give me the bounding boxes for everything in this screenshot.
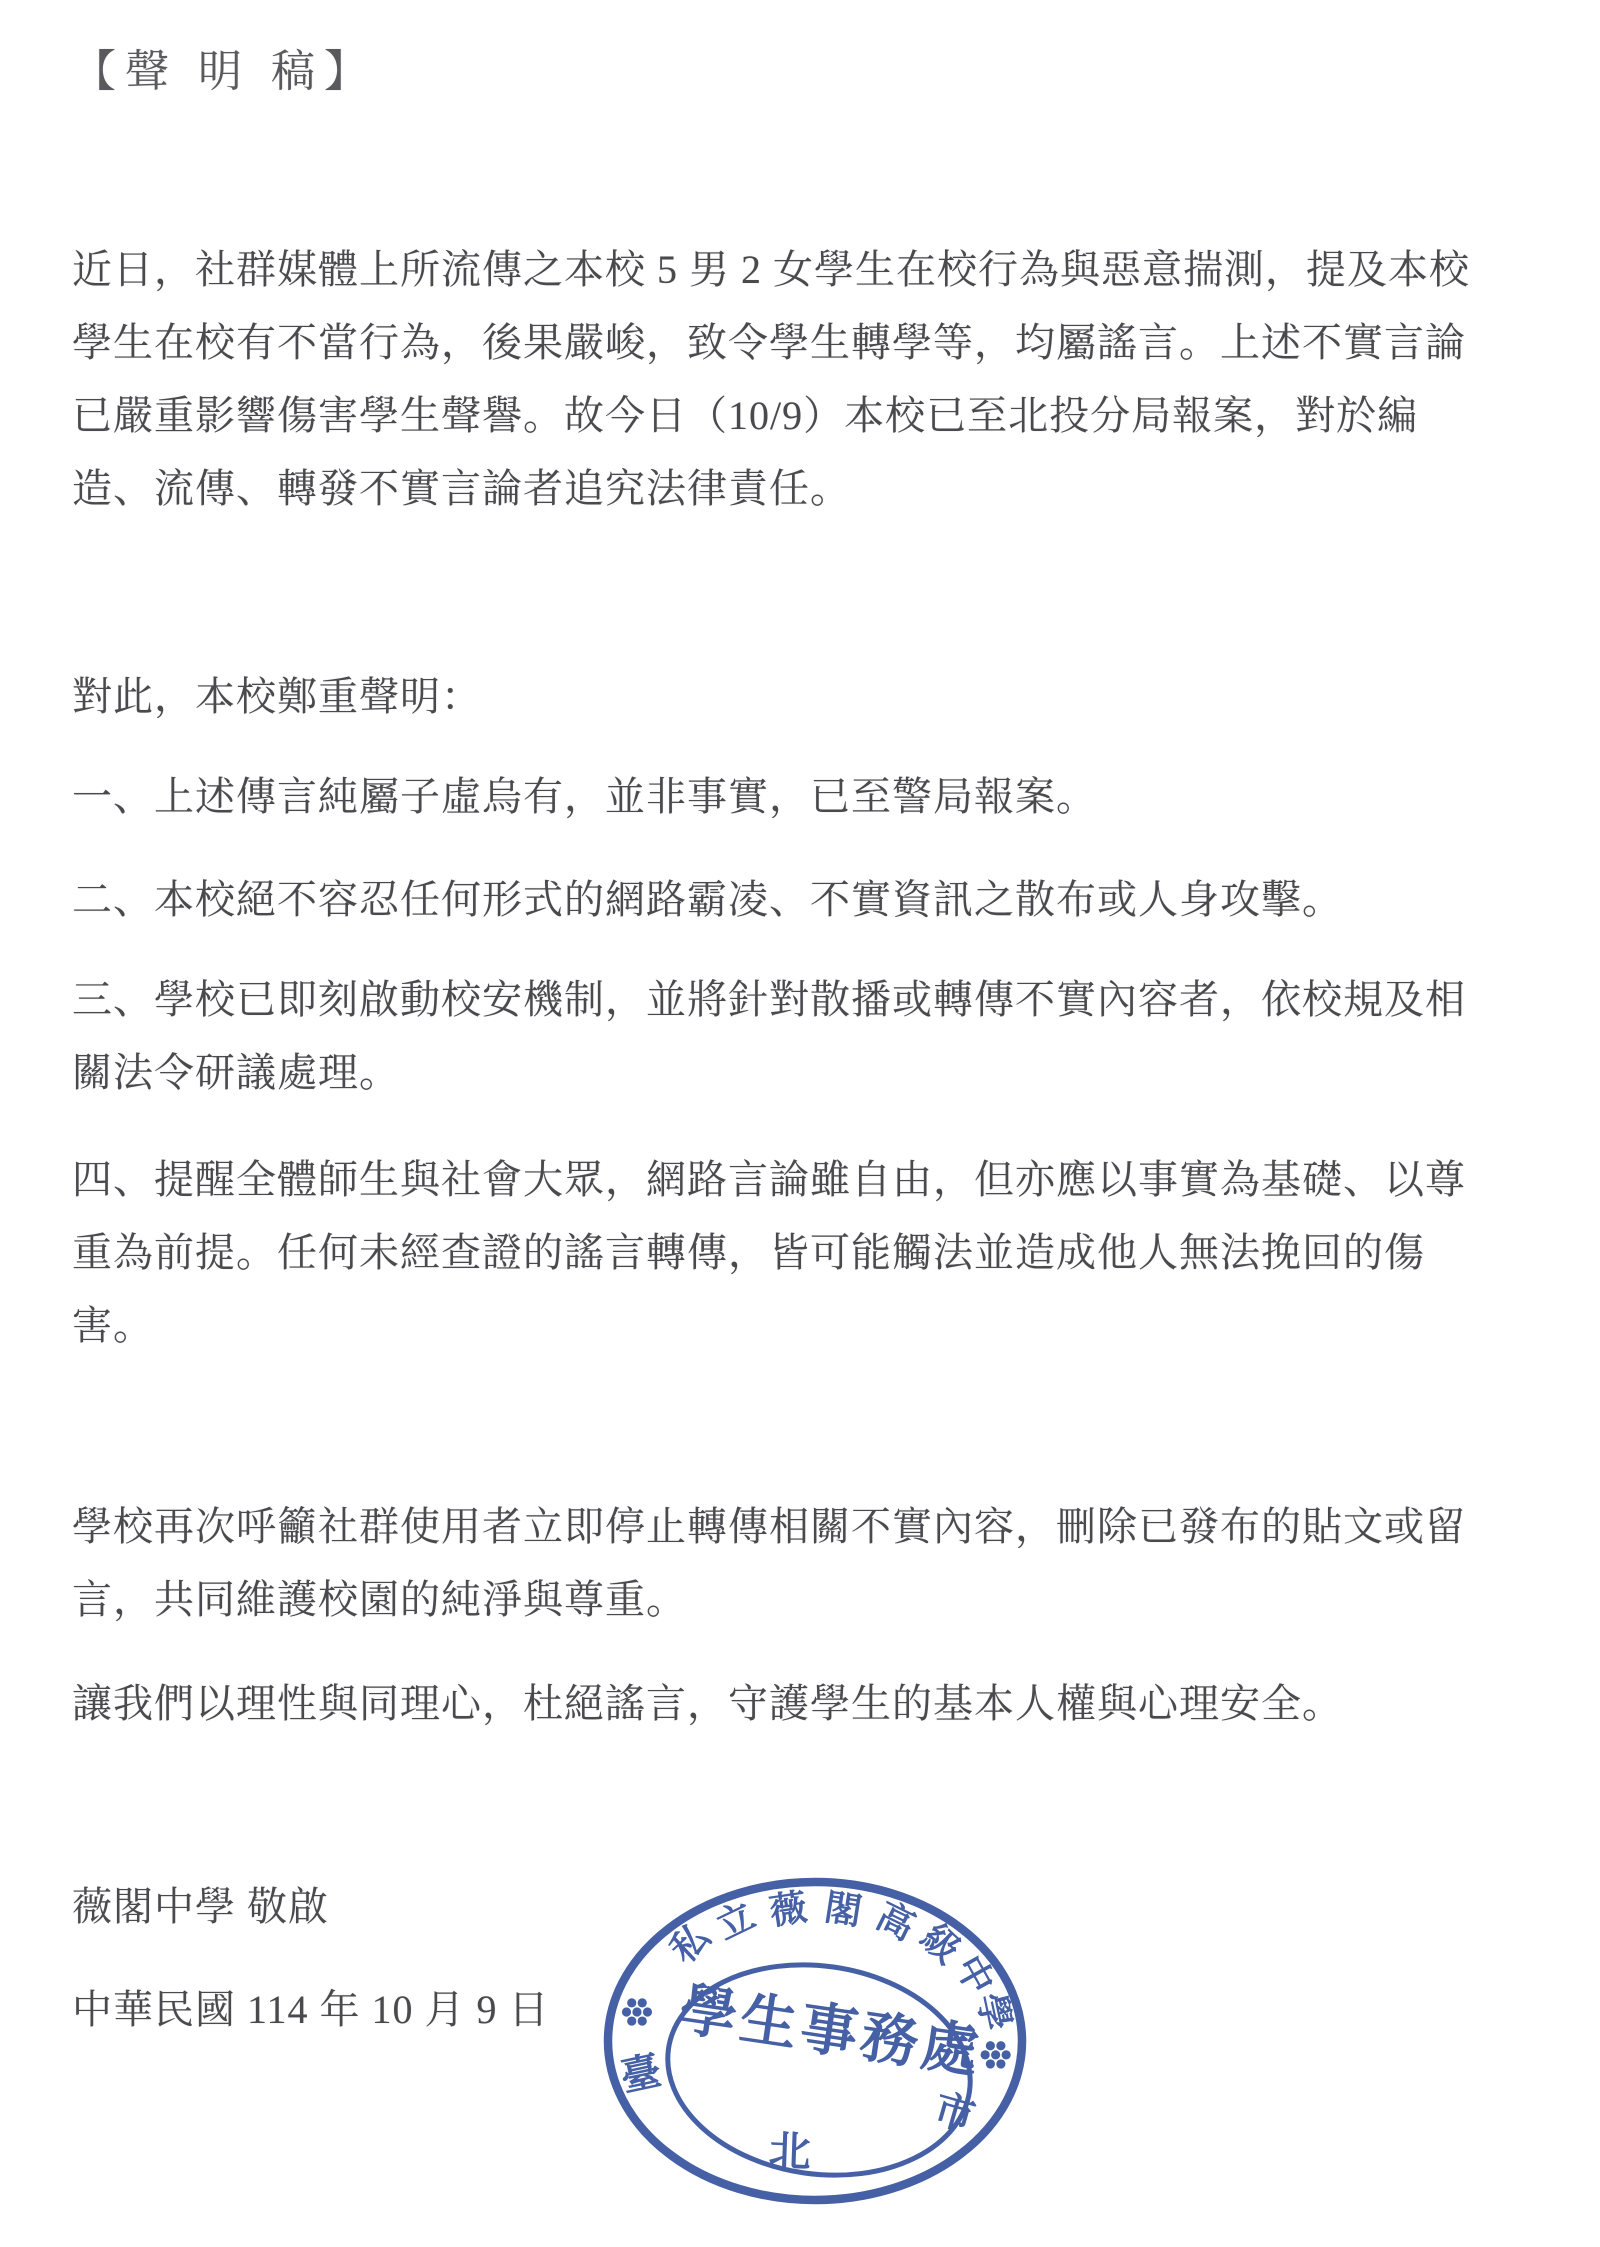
text-line: 學校再次呼籲社群使用者立即停止轉傳相關不實內容，刪除已發布的貼文或留	[72, 1490, 1500, 1563]
text-line: 害。	[72, 1289, 1500, 1362]
text-line: 三、學校已即刻啟動校安機制，並將針對散播或轉傳不實內容者，依校規及相	[72, 963, 1500, 1036]
stamp-arc-char: 薇	[767, 1886, 810, 1933]
school-stamp: 學生事務處私立薇閣高級中學臺北市	[595, 1874, 1035, 2206]
statement-item-3: 三、學校已即刻啟動校安機制，並將針對散播或轉傳不實內容者，依校規及相 關法令研議…	[72, 963, 1500, 1109]
document-content: 【聲 明 稿】 近日，社群媒體上所流傳之本校 5 男 2 女學生在校行為與惡意揣…	[0, 50, 1600, 2046]
text-line: 近日，社群媒體上所流傳之本校 5 男 2 女學生在校行為與惡意揣測，提及本校	[72, 233, 1500, 306]
text-line: 二、本校絕不容忍任何形式的網路霸凌、不實資訊之散布或人身攻擊。	[72, 863, 1500, 936]
text-line: 言，共同維護校園的純淨與尊重。	[72, 1563, 1500, 1636]
stamp-arc-char: 閣	[822, 1887, 865, 1933]
text-line: 四、提醒全體師生與社會大眾，網路言論雖自由，但亦應以事實為基礎、以尊	[72, 1143, 1500, 1216]
text-line: 重為前提。任何未經查證的謠言轉傳，皆可能觸法並造成他人無法挽回的傷	[72, 1216, 1500, 1289]
stamp-rosette-icon	[622, 1998, 652, 2025]
text-line: 關法令研議處理。	[72, 1036, 1500, 1109]
statement-document: 【聲 明 稿】 近日，社群媒體上所流傳之本校 5 男 2 女學生在校行為與惡意揣…	[0, 0, 1600, 2247]
text-line: 學生在校有不當行為，後果嚴峻，致令學生轉學等，均屬謠言。上述不實言論	[72, 306, 1500, 379]
statement-item-2: 二、本校絕不容忍任何形式的網路霸凌、不實資訊之散布或人身攻擊。	[72, 863, 1500, 936]
statement-item-1: 一、上述傳言純屬子虛烏有，並非事實，已至警局報案。	[72, 760, 1500, 833]
stamp-arc-char: 學	[969, 1989, 1018, 2034]
stamp-ring-left-char: 臺	[617, 2048, 665, 2100]
stamp-ring-right-char: 市	[929, 2086, 980, 2140]
text-line: 造、流傳、轉發不實言論者追究法律責任。	[72, 452, 1500, 525]
text-line: 一、上述傳言純屬子虛烏有，並非事實，已至警局報案。	[72, 760, 1500, 833]
document-title: 【聲 明 稿】	[72, 50, 1500, 94]
text-line: 讓我們以理性與同理心，杜絕謠言，守護學生的基本人權與心理安全。	[72, 1667, 1500, 1740]
appeal-paragraph: 學校再次呼籲社群使用者立即停止轉傳相關不實內容，刪除已發布的貼文或留 言，共同維…	[72, 1490, 1500, 1636]
intro-paragraph: 近日，社群媒體上所流傳之本校 5 男 2 女學生在校行為與惡意揣測，提及本校 學…	[72, 233, 1500, 525]
text-line: 已嚴重影響傷害學生聲譽。故今日（10/9）本校已至北投分局報案，對於編	[72, 379, 1500, 452]
closing-paragraph: 讓我們以理性與同理心，杜絕謠言，守護學生的基本人權與心理安全。	[72, 1667, 1500, 1740]
declaration-heading: 對此，本校鄭重聲明：	[72, 660, 1500, 733]
statement-item-4: 四、提醒全體師生與社會大眾，網路言論雖自由，但亦應以事實為基礎、以尊 重為前提。…	[72, 1143, 1500, 1362]
stamp-center-text: 學生事務處	[676, 1979, 987, 2086]
stamp-ring-bottom-char: 北	[768, 2129, 812, 2176]
stamp-rosette-icon	[981, 2041, 1011, 2068]
